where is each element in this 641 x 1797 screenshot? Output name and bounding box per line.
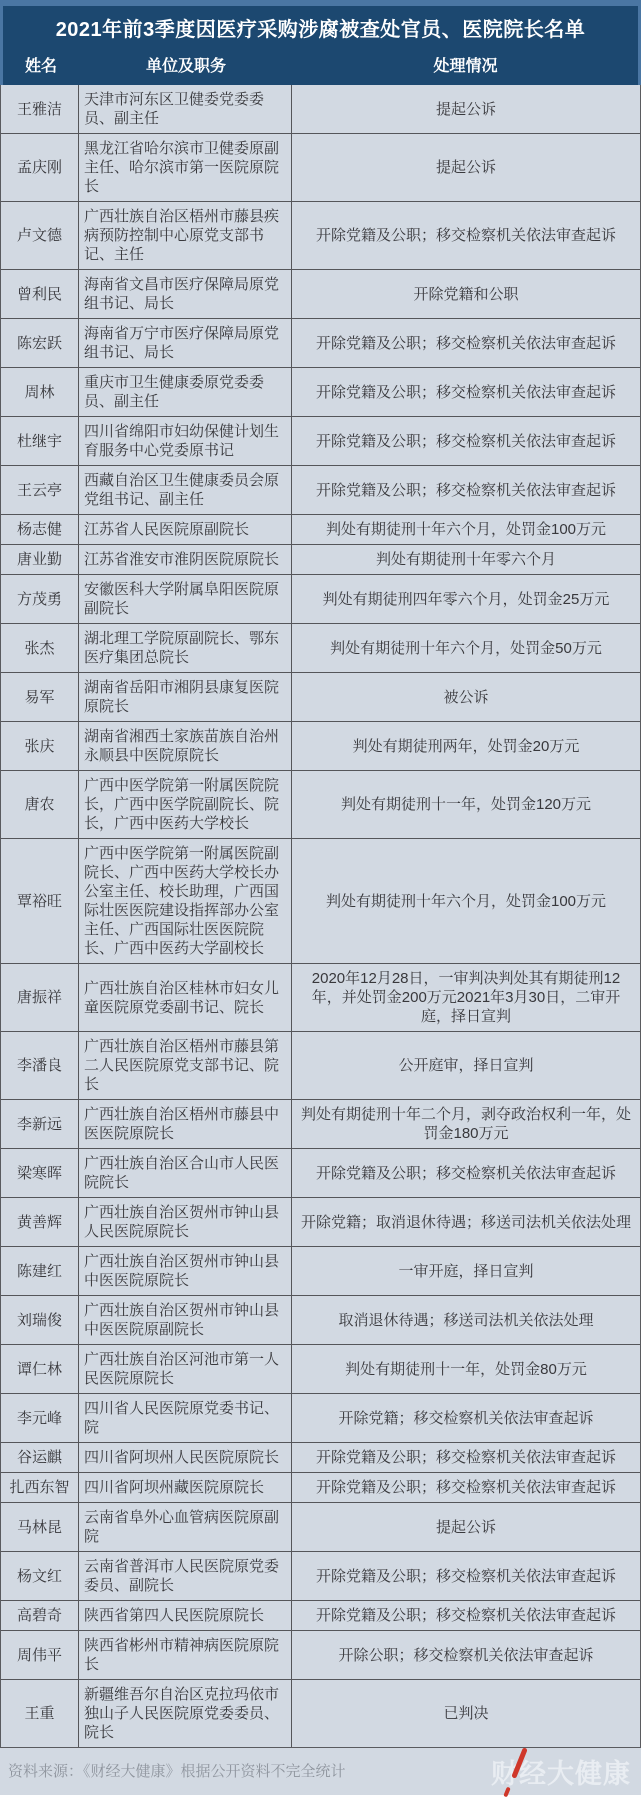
- person-name: 刘瑞俊: [1, 1296, 78, 1344]
- handling-result: 2020年12月28日，一审判决判处其有期徒刑12年，并处罚金200万元2021…: [292, 964, 640, 1031]
- person-name: 唐振祥: [1, 964, 78, 1031]
- person-name: 周林: [1, 368, 78, 416]
- unit-position: 四川省阿坝州藏医院原院长: [78, 1473, 292, 1502]
- person-name: 王重: [1, 1680, 78, 1747]
- person-name: 杨文红: [1, 1552, 78, 1600]
- handling-result: 开除党籍和公职: [292, 270, 640, 318]
- table-row: 周伟平 陕西省彬州市精神病医院原院长 开除公职；移交检察机关依法审查起诉: [1, 1630, 640, 1679]
- unit-position: 天津市河东区卫健委党委委员、副主任: [78, 85, 292, 133]
- unit-position: 云南省阜外心血管病医院原副院: [78, 1503, 292, 1551]
- unit-position: 安徽医科大学附属阜阳医院原副院长: [78, 575, 292, 623]
- unit-position: 湖南省湘西土家族苗族自治州永顺县中医院原院长: [78, 722, 292, 770]
- person-name: 曾利民: [1, 270, 78, 318]
- handling-result: 开除党籍及公职；移交检察机关依法审查起诉: [292, 1443, 640, 1472]
- person-name: 陈建红: [1, 1247, 78, 1295]
- unit-position: 广西壮族自治区桂林市妇女儿童医院原党委副书记、院长: [78, 964, 292, 1031]
- handling-result: 开除党籍；移交检察机关依法审查起诉: [292, 1394, 640, 1442]
- unit-position: 湖南省岳阳市湘阴县康复医院原院长: [78, 673, 292, 721]
- table-row: 张庆 湖南省湘西土家族苗族自治州永顺县中医院原院长 判处有期徒刑两年，处罚金20…: [1, 721, 640, 770]
- source-note: 资料来源：《财经大健康》根据公开资料不完全统计: [8, 1760, 346, 1781]
- handling-result: 开除党籍及公职；移交检察机关依法审查起诉: [292, 1473, 640, 1502]
- handling-result: 判处有期徒刑十年六个月，处罚金100万元: [292, 839, 640, 963]
- unit-position: 陕西省彬州市精神病医院原院长: [78, 1631, 292, 1679]
- handling-result: 开除党籍及公职；移交检察机关依法审查起诉: [292, 1601, 640, 1630]
- unit-position: 黑龙江省哈尔滨市卫健委原副主任、哈尔滨市第一医院原院长: [78, 134, 292, 201]
- table-row: 杜继宇 四川省绵阳市妇幼保健计划生育服务中心党委原书记 开除党籍及公职；移交检察…: [1, 416, 640, 465]
- table-row: 扎西东智 四川省阿坝州藏医院原院长 开除党籍及公职；移交检察机关依法审查起诉: [1, 1472, 640, 1502]
- handling-result: 提起公诉: [292, 85, 640, 133]
- table-row: 李元峰 四川省人民医院原党委书记、院 开除党籍；移交检察机关依法审查起诉: [1, 1393, 640, 1442]
- handling-result: 公开庭审，择日宣判: [292, 1032, 640, 1099]
- person-name: 梁寒晖: [1, 1149, 78, 1197]
- unit-position: 广西壮族自治区合山市人民医院院长: [78, 1149, 292, 1197]
- handling-result: 判处有期徒刑十一年，处罚金120万元: [292, 771, 640, 838]
- unit-position: 广西壮族自治区梧州市藤县疾病预防控制中心原党支部书记、主任: [78, 202, 292, 269]
- table-row: 方茂勇 安徽医科大学附属阜阳医院原副院长 判处有期徒刑四年零六个月，处罚金25万…: [1, 574, 640, 623]
- brand-logo: 财经大健康: [491, 1752, 631, 1791]
- unit-position: 广西中医学院第一附属医院副院长、广西中医药大学校长办公室主任、校长助理，广西国际…: [78, 839, 292, 963]
- person-name: 唐农: [1, 771, 78, 838]
- table-title: 2021年前3季度因医疗采购涉腐被查处官员、医院院长名单: [3, 6, 638, 47]
- handling-result: 判处有期徒刑十年六个月，处罚金50万元: [292, 624, 640, 672]
- person-name: 卢文德: [1, 202, 78, 269]
- table-row: 唐振祥 广西壮族自治区桂林市妇女儿童医院原党委副书记、院长 2020年12月28…: [1, 963, 640, 1031]
- table-row: 张杰 湖北理工学院原副院长、鄂东医疗集团总院长 判处有期徒刑十年六个月，处罚金5…: [1, 623, 640, 672]
- table-row: 谭仁林 广西壮族自治区河池市第一人民医院原院长 判处有期徒刑十一年，处罚金80万…: [1, 1344, 640, 1393]
- table-row: 孟庆刚 黑龙江省哈尔滨市卫健委原副主任、哈尔滨市第一医院原院长 提起公诉: [1, 133, 640, 201]
- person-name: 李元峰: [1, 1394, 78, 1442]
- table-row: 陈宏跃 海南省万宁市医疗保障局原党组书记、局长 开除党籍及公职；移交检察机关依法…: [1, 318, 640, 367]
- unit-position: 江苏省淮安市淮阴医院原院长: [78, 545, 292, 574]
- person-name: 杜继宇: [1, 417, 78, 465]
- table-row: 马林昆 云南省阜外心血管病医院原副院 提起公诉: [1, 1502, 640, 1551]
- unit-position: 陕西省第四人民医院原院长: [78, 1601, 292, 1630]
- handling-result: 判处有期徒刑四年零六个月，处罚金25万元: [292, 575, 640, 623]
- unit-position: 广西壮族自治区贺州市钟山县中医医院原副院长: [78, 1296, 292, 1344]
- footer: 资料来源：《财经大健康》根据公开资料不完全统计 财经大健康: [0, 1748, 641, 1795]
- unit-position: 重庆市卫生健康委原党委委员、副主任: [78, 368, 292, 416]
- unit-position: 海南省文昌市医疗保障局原党组书记、局长: [78, 270, 292, 318]
- unit-position: 西藏自治区卫生健康委员会原党组书记、副主任: [78, 466, 292, 514]
- unit-position: 广西壮族自治区贺州市钟山县人民医院原院长: [78, 1198, 292, 1246]
- person-name: 谷运麒: [1, 1443, 78, 1472]
- handling-result: 判处有期徒刑两年，处罚金20万元: [292, 722, 640, 770]
- person-name: 唐业勤: [1, 545, 78, 574]
- table-row: 王云亭 西藏自治区卫生健康委员会原党组书记、副主任 开除党籍及公职；移交检察机关…: [1, 465, 640, 514]
- table-row: 唐业勤 江苏省淮安市淮阴医院原院长 判处有期徒刑十年零六个月: [1, 544, 640, 574]
- unit-position: 广西壮族自治区梧州市藤县第二人民医院原党支部书记、院长: [78, 1032, 292, 1099]
- unit-position: 云南省普洱市人民医院原党委委员、副院长: [78, 1552, 292, 1600]
- unit-position: 江苏省人民医院原副院长: [78, 515, 292, 544]
- table-row: 周林 重庆市卫生健康委原党委委员、副主任 开除党籍及公职；移交检察机关依法审查起…: [1, 367, 640, 416]
- unit-position: 四川省阿坝州人民医院原院长: [78, 1443, 292, 1472]
- handling-result: 开除公职；移交检察机关依法审查起诉: [292, 1631, 640, 1679]
- person-name: 张庆: [1, 722, 78, 770]
- table-body: 王雅洁 天津市河东区卫健委党委委员、副主任 提起公诉 孟庆刚 黑龙江省哈尔滨市卫…: [0, 85, 641, 1748]
- table-row: 杨志健 江苏省人民医院原副院长 判处有期徒刑十年六个月，处罚金100万元: [1, 514, 640, 544]
- table-row: 黄善辉 广西壮族自治区贺州市钟山县人民医院原院长 开除党籍；取消退休待遇；移送司…: [1, 1197, 640, 1246]
- handling-result: 开除党籍及公职；移交检察机关依法审查起诉: [292, 1149, 640, 1197]
- unit-position: 广西中医学院第一附属医院院长，广西中医学院副院长、院长，广西中医药大学校长: [78, 771, 292, 838]
- table-row: 梁寒晖 广西壮族自治区合山市人民医院院长 开除党籍及公职；移交检察机关依法审查起…: [1, 1148, 640, 1197]
- person-name: 易军: [1, 673, 78, 721]
- table-row: 易军 湖南省岳阳市湘阴县康复医院原院长 被公诉: [1, 672, 640, 721]
- handling-result: 提起公诉: [292, 134, 640, 201]
- handling-result: 开除党籍及公职；移交检察机关依法审查起诉: [292, 417, 640, 465]
- handling-result: 提起公诉: [292, 1503, 640, 1551]
- column-header-row: 姓名 单位及职务 处理情况: [3, 47, 638, 85]
- person-name: 孟庆刚: [1, 134, 78, 201]
- handling-result: 取消退休待遇；移送司法机关依法处理: [292, 1296, 640, 1344]
- handling-result: 判处有期徒刑十年二个月，剥夺政治权利一年，处罚金180万元: [292, 1100, 640, 1148]
- handling-result: 一审开庭，择日宣判: [292, 1247, 640, 1295]
- table-row: 刘瑞俊 广西壮族自治区贺州市钟山县中医医院原副院长 取消退休待遇；移送司法机关依…: [1, 1295, 640, 1344]
- table-row: 杨文红 云南省普洱市人民医院原党委委员、副院长 开除党籍及公职；移交检察机关依法…: [1, 1551, 640, 1600]
- unit-position: 新疆维吾尔自治区克拉玛依市独山子人民医院原党委委员、院长: [78, 1680, 292, 1747]
- person-name: 高碧奇: [1, 1601, 78, 1630]
- infographic-table: 2021年前3季度因医疗采购涉腐被查处官员、医院院长名单 姓名 单位及职务 处理…: [0, 0, 641, 1795]
- table-row: 陈建红 广西壮族自治区贺州市钟山县中医医院原院长 一审开庭，择日宣判: [1, 1246, 640, 1295]
- unit-position: 湖北理工学院原副院长、鄂东医疗集团总院长: [78, 624, 292, 672]
- unit-position: 广西壮族自治区河池市第一人民医院原院长: [78, 1345, 292, 1393]
- table-row: 唐农 广西中医学院第一附属医院院长，广西中医学院副院长、院长，广西中医药大学校长…: [1, 770, 640, 838]
- person-name: 李潘良: [1, 1032, 78, 1099]
- handling-result: 判处有期徒刑十一年，处罚金80万元: [292, 1345, 640, 1393]
- handling-result: 开除党籍及公职；移交检察机关依法审查起诉: [292, 368, 640, 416]
- table-row: 王雅洁 天津市河东区卫健委党委委员、副主任 提起公诉: [1, 85, 640, 133]
- unit-position: 四川省人民医院原党委书记、院: [78, 1394, 292, 1442]
- table-header-block: 2021年前3季度因医疗采购涉腐被查处官员、医院院长名单 姓名 单位及职务 处理…: [0, 0, 641, 85]
- handling-result: 开除党籍及公职；移交检察机关依法审查起诉: [292, 202, 640, 269]
- unit-position: 广西壮族自治区贺州市钟山县中医医院原院长: [78, 1247, 292, 1295]
- handling-result: 开除党籍及公职；移交检察机关依法审查起诉: [292, 319, 640, 367]
- handling-result: 开除党籍及公职；移交检察机关依法审查起诉: [292, 466, 640, 514]
- table-row: 谷运麒 四川省阿坝州人民医院原院长 开除党籍及公职；移交检察机关依法审查起诉: [1, 1442, 640, 1472]
- handling-result: 开除党籍及公职；移交检察机关依法审查起诉: [292, 1552, 640, 1600]
- person-name: 覃裕旺: [1, 839, 78, 963]
- person-name: 王雅洁: [1, 85, 78, 133]
- person-name: 马林昆: [1, 1503, 78, 1551]
- table-row: 李潘良 广西壮族自治区梧州市藤县第二人民医院原党支部书记、院长 公开庭审，择日宣…: [1, 1031, 640, 1099]
- handling-result: 判处有期徒刑十年六个月，处罚金100万元: [292, 515, 640, 544]
- person-name: 方茂勇: [1, 575, 78, 623]
- unit-position: 四川省绵阳市妇幼保健计划生育服务中心党委原书记: [78, 417, 292, 465]
- table-row: 高碧奇 陕西省第四人民医院原院长 开除党籍及公职；移交检察机关依法审查起诉: [1, 1600, 640, 1630]
- column-header-result: 处理情况: [293, 53, 638, 76]
- handling-result: 开除党籍；取消退休待遇；移送司法机关依法处理: [292, 1198, 640, 1246]
- handling-result: 判处有期徒刑十年零六个月: [292, 545, 640, 574]
- person-name: 张杰: [1, 624, 78, 672]
- unit-position: 海南省万宁市医疗保障局原党组书记、局长: [78, 319, 292, 367]
- person-name: 扎西东智: [1, 1473, 78, 1502]
- person-name: 陈宏跃: [1, 319, 78, 367]
- handling-result: 已判决: [292, 1680, 640, 1747]
- person-name: 黄善辉: [1, 1198, 78, 1246]
- person-name: 李新远: [1, 1100, 78, 1148]
- table-row: 王重 新疆维吾尔自治区克拉玛依市独山子人民医院原党委委员、院长 已判决: [1, 1679, 640, 1747]
- column-header-name: 姓名: [3, 53, 79, 76]
- table-row: 曾利民 海南省文昌市医疗保障局原党组书记、局长 开除党籍和公职: [1, 269, 640, 318]
- person-name: 王云亭: [1, 466, 78, 514]
- table-row: 覃裕旺 广西中医学院第一附属医院副院长、广西中医药大学校长办公室主任、校长助理，…: [1, 838, 640, 963]
- table-row: 卢文德 广西壮族自治区梧州市藤县疾病预防控制中心原党支部书记、主任 开除党籍及公…: [1, 201, 640, 269]
- handling-result: 被公诉: [292, 673, 640, 721]
- person-name: 周伟平: [1, 1631, 78, 1679]
- unit-position: 广西壮族自治区梧州市藤县中医医院原院长: [78, 1100, 292, 1148]
- person-name: 杨志健: [1, 515, 78, 544]
- person-name: 谭仁林: [1, 1345, 78, 1393]
- column-header-unit: 单位及职务: [79, 53, 293, 76]
- table-row: 李新远 广西壮族自治区梧州市藤县中医医院原院长 判处有期徒刑十年二个月，剥夺政治…: [1, 1099, 640, 1148]
